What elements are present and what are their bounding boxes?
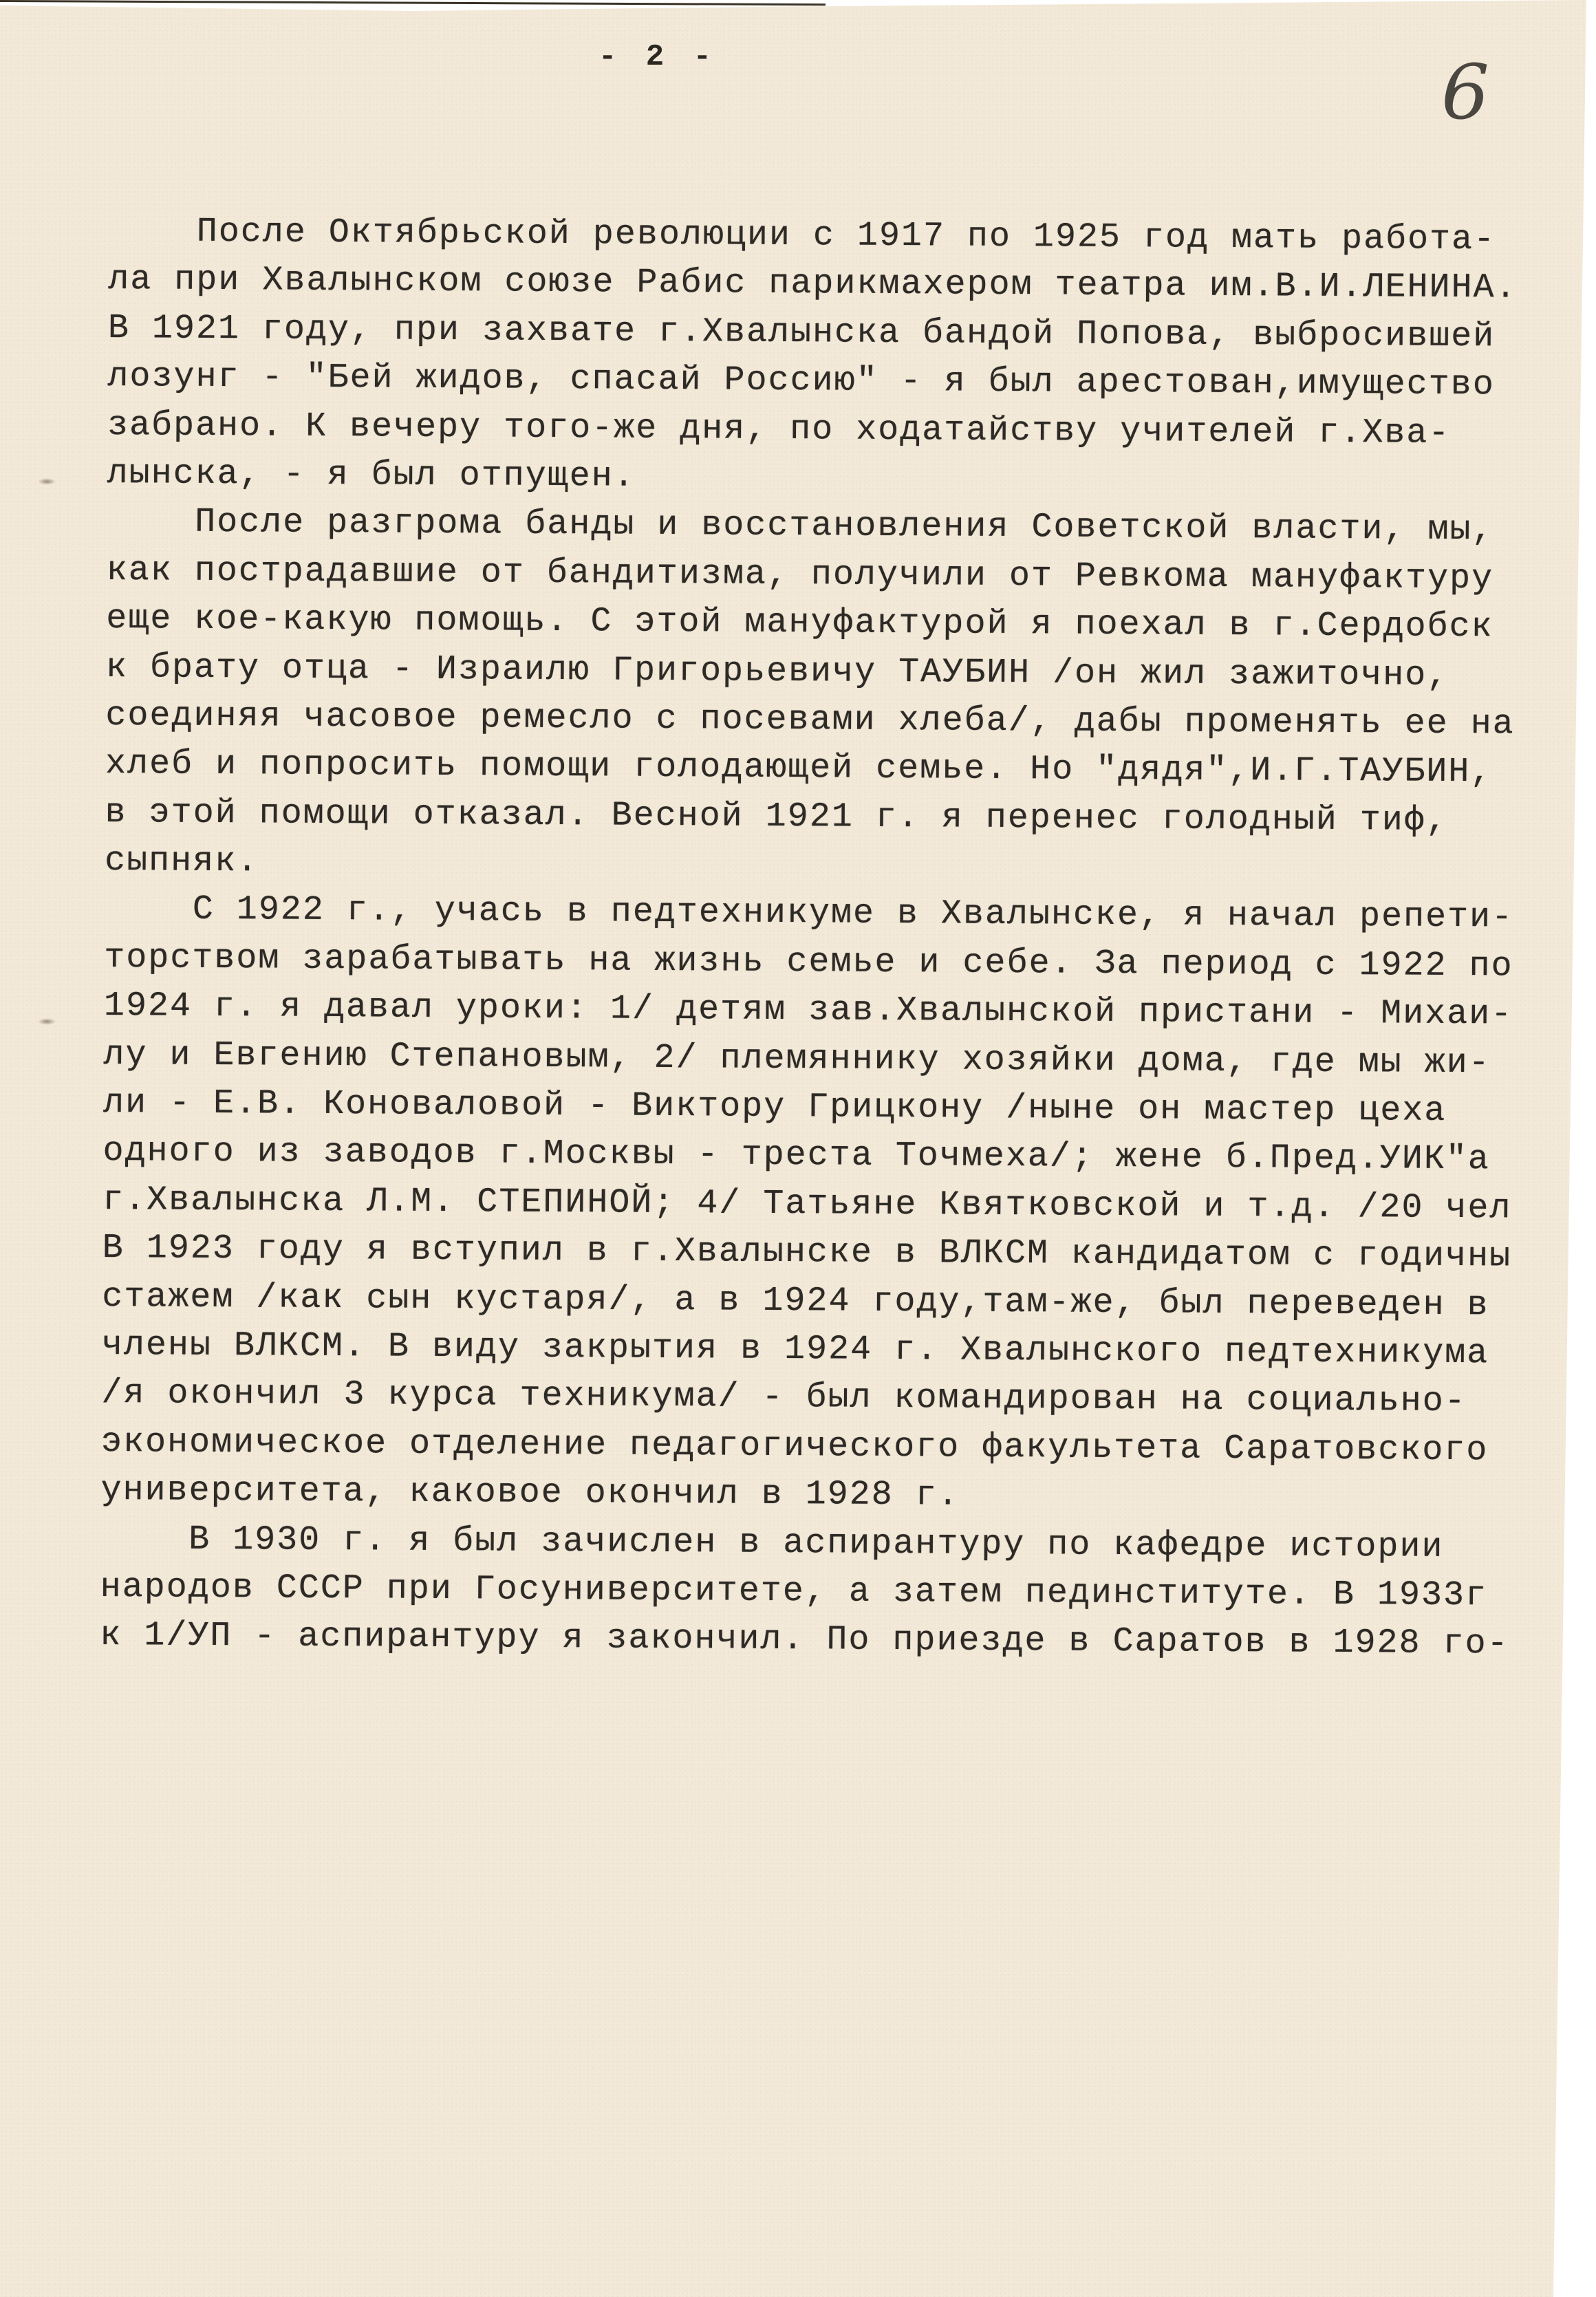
text-line: еще кое-какую помощь. С этой мануфактуро…	[106, 595, 1592, 653]
text-line: в этой помощи отказал. Весной 1921 г. я …	[105, 789, 1590, 847]
text-line: экономическое отделение педагогического …	[101, 1419, 1587, 1476]
text-line: к 1/УП - аспирантуру я закончил. По прие…	[100, 1612, 1586, 1670]
text-line: лынска, - я был отпущен.	[107, 450, 1593, 508]
text-line: В 1923 году я вступил в г.Хвалынске в ВЛ…	[103, 1225, 1588, 1282]
margin-stain	[38, 1018, 56, 1025]
text-line: В 1921 году, при захвате г.Хвалынска бан…	[108, 305, 1594, 363]
page-number: - 2 -	[598, 40, 717, 74]
typewritten-text: После Октябрьской революции с 1917 по 19…	[100, 208, 1595, 1670]
text-line: одного из заводов г.Москвы - треста Точм…	[103, 1128, 1588, 1185]
text-line: лу и Евгению Степановым, 2/ племяннику х…	[103, 1031, 1589, 1089]
text-line: С 1922 г., учась в педтехникуме в Хвалын…	[105, 885, 1590, 943]
text-line: к брату отца - Израилю Григорьевичу ТАУБ…	[106, 644, 1592, 702]
text-line: сыпняк.	[105, 837, 1590, 895]
text-line: забрано. К вечеру того-же дня, по ходата…	[107, 402, 1593, 460]
text-line: хлеб и попросить помощи голодающей семье…	[105, 740, 1591, 798]
text-line: /я окончил 3 курса техникума/ - был кома…	[101, 1370, 1587, 1427]
text-line: университета, каковое окончил в 1928 г.	[100, 1467, 1586, 1524]
text-line: ла при Хвалынском союзе Рабис парикмахер…	[108, 256, 1594, 314]
text-line: После Октябрьской революции с 1917 по 19…	[109, 208, 1595, 266]
paper-top-edge	[0, 0, 826, 6]
text-line: соединяя часовое ремесло с посевами хлеб…	[105, 692, 1591, 750]
text-line: г.Хвалынска Л.М. СТЕПИНОЙ; 4/ Татьяне Кв…	[103, 1176, 1588, 1234]
text-line: После разгрома банды и восстановления Со…	[107, 498, 1593, 556]
archive-sheet-number: 6	[1441, 48, 1489, 136]
text-line: как пострадавшие от бандитизма, получили…	[107, 547, 1593, 605]
text-line: 1924 г. я давал уроки: 1/ детям зав.Хвал…	[104, 982, 1590, 1040]
margin-stain	[38, 478, 56, 485]
text-line: В 1930 г. я был зачислен в аспирантуру п…	[100, 1516, 1586, 1573]
text-line: ли - Е.В. Коноваловой - Виктору Грицкону…	[103, 1079, 1589, 1137]
text-line: лозунг - "Бей жидов, спасай Россию" - я …	[107, 353, 1593, 411]
text-line: торством зарабатывать на жизнь семье и с…	[104, 934, 1590, 992]
text-line: члены ВЛКСМ. В виду закрытия в 1924 г. Х…	[102, 1322, 1588, 1379]
text-line: стажем /как сын кустаря/, а в 1924 году,…	[102, 1273, 1588, 1331]
text-line: народов СССР при Госуниверситете, а зате…	[100, 1564, 1586, 1621]
